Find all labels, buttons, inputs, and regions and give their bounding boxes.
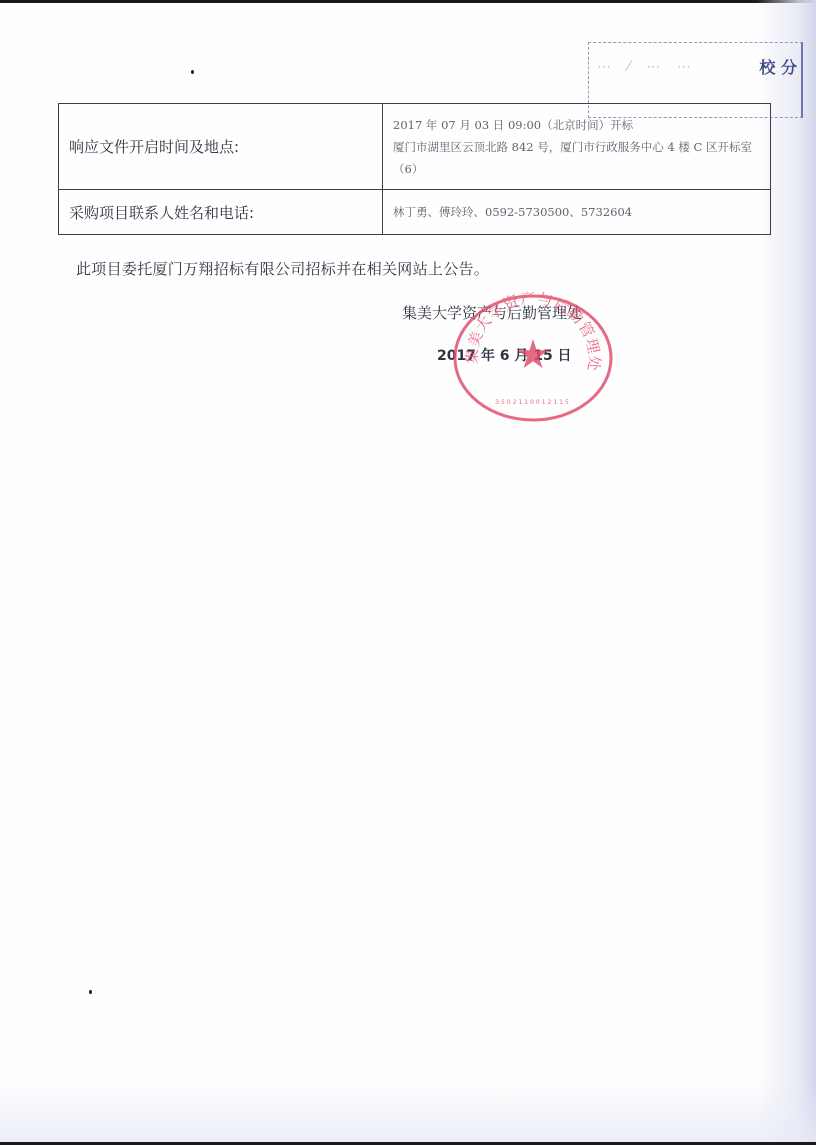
scan-speck [191, 70, 194, 74]
faded-stamp-text: 校 分 [759, 55, 797, 78]
contact-label: 采购项目联系人姓名和电话: [59, 190, 383, 235]
svg-text:3502110012115: 3502110012115 [495, 399, 571, 406]
opening-location-line: 厦门市湖里区云顶北路 842 号，厦门市行政服务中心 4 楼 C 区开标室 [393, 136, 760, 158]
contact-line: 林丁勇、傅玲玲、0592-5730500、5732604 [393, 201, 760, 223]
opening-time-value: 2017 年 07 月 03 日 09:00（北京时间）开标 厦门市湖里区云顶北… [383, 104, 771, 190]
scan-speck [89, 990, 92, 994]
scan-bottom-shadow [0, 1082, 816, 1142]
seal-star-icon: ★ [515, 332, 551, 378]
table-row: 采购项目联系人姓名和电话: 林丁勇、傅玲玲、0592-5730500、57326… [59, 190, 771, 235]
agency-note: 此项目委托厦门万翔招标有限公司招标并在相关网站上公告。 [76, 258, 489, 279]
info-table: 响应文件开启时间及地点: 2017 年 07 月 03 日 09:00（北京时间… [58, 103, 771, 235]
opening-time-line: 2017 年 07 月 03 日 09:00（北京时间）开标 [393, 114, 760, 136]
official-seal-icon: 集美大学资产与后勤管理处 ★ 3502110012115 [452, 292, 614, 424]
scan-top-edge [0, 0, 816, 3]
opening-time-label: 响应文件开启时间及地点: [59, 104, 383, 190]
contact-value: 林丁勇、傅玲玲、0592-5730500、5732604 [383, 190, 771, 235]
opening-room-line: （6） [393, 158, 760, 180]
table-row: 响应文件开启时间及地点: 2017 年 07 月 03 日 09:00（北京时间… [59, 104, 771, 190]
